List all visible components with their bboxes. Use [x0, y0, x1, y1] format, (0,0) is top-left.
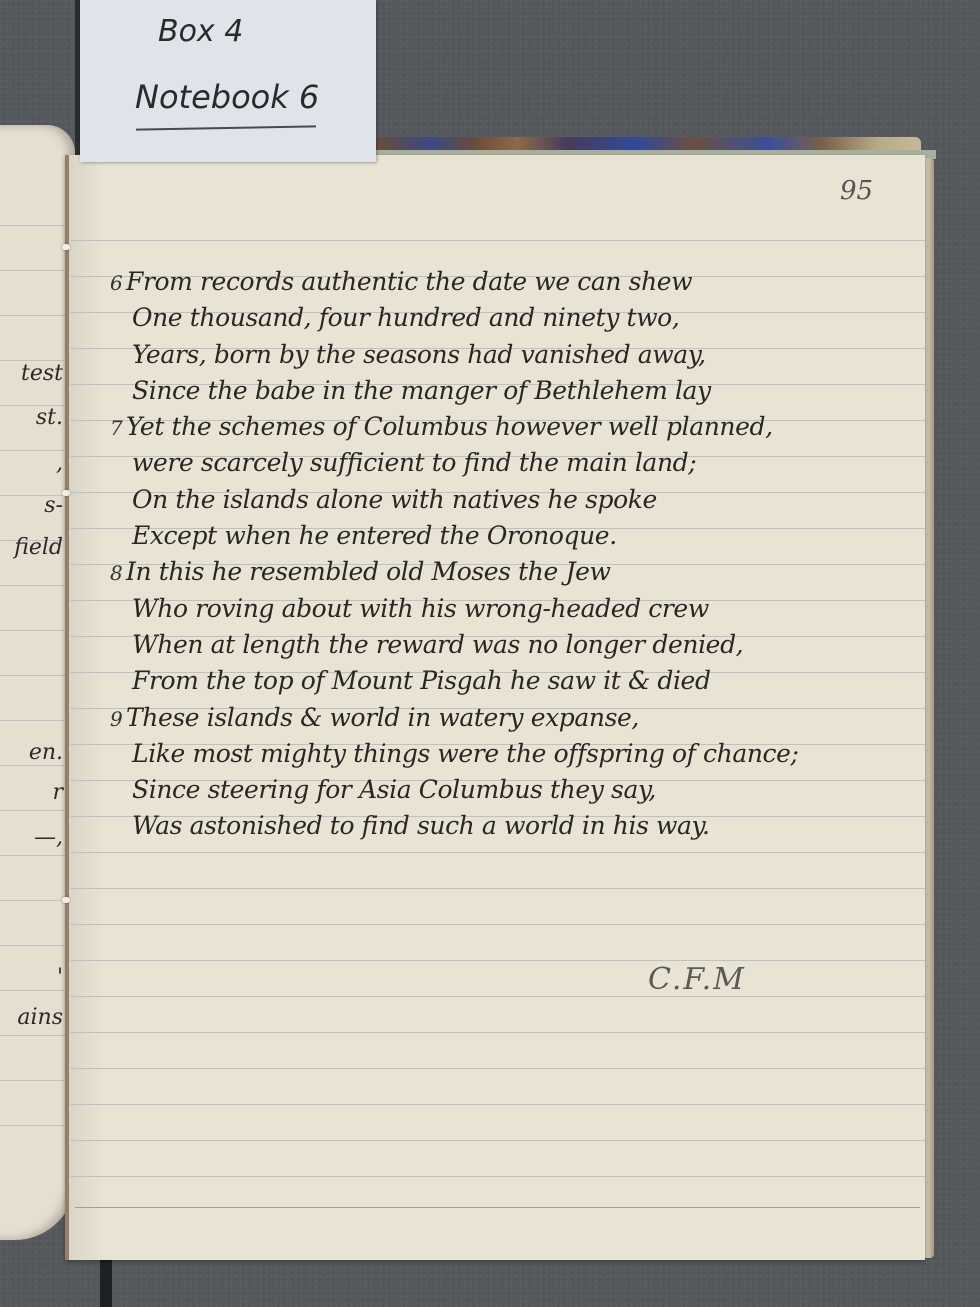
poem-line: Except when he entered the Oronoque.: [110, 518, 920, 554]
poem-line-text: Yet the schemes of Columbus however well…: [126, 412, 773, 441]
left-page-rule: [0, 990, 75, 991]
left-page-rule: [0, 1035, 75, 1036]
poem-line: 7Yet the schemes of Columbus however wel…: [110, 409, 920, 445]
left-page-rule: [0, 225, 75, 226]
poem-line: One thousand, four hundred and ninety tw…: [110, 300, 920, 336]
author-signature: C.F.M: [648, 962, 746, 997]
left-page-text: r: [52, 780, 63, 805]
poem-line-text: In this he resembled old Moses the Jew: [126, 557, 610, 586]
poem-line: 9These islands & world in watery expanse…: [110, 700, 920, 736]
spine-gutter: [65, 155, 69, 1260]
left-page-text: en.: [29, 740, 63, 765]
poem-line: Since the babe in the manger of Bethlehe…: [110, 373, 920, 409]
left-page-rule: [0, 630, 75, 631]
left-page-rule: [0, 855, 75, 856]
ruled-line: [70, 996, 925, 997]
poem-line: On the islands alone with natives he spo…: [110, 482, 920, 518]
left-page-rule: [0, 765, 75, 766]
stanza-number: 7: [110, 410, 126, 446]
poem-line-text: These islands & world in watery expanse,: [126, 703, 639, 732]
ruled-line: [70, 960, 925, 961]
poem-line: Like most mighty things were the offspri…: [110, 736, 920, 772]
left-page-text: ,: [56, 451, 63, 476]
binding-stitch: [62, 897, 70, 903]
left-page-text: ': [57, 965, 63, 990]
label-underline: [136, 125, 316, 130]
left-page-text: —,: [34, 825, 63, 850]
box-label: Box 4: [158, 14, 243, 49]
poem-line-text: From records authentic the date we can s…: [126, 267, 692, 296]
left-page-text: field: [14, 535, 63, 560]
left-page-rule: [0, 450, 75, 451]
ruled-line: [70, 852, 925, 853]
background-shadow-strip-bottom: [100, 1260, 112, 1307]
left-page-text: st.: [36, 405, 63, 430]
left-page-rule: [0, 1125, 75, 1126]
left-page-text: ains: [17, 1005, 63, 1030]
page-number: 95: [840, 176, 873, 206]
poem-line: 6From records authentic the date we can …: [110, 264, 920, 300]
left-page: test st. , s- field en. r —, ' ains: [0, 125, 75, 1240]
poem-line: From the top of Mount Pisgah he saw it &…: [110, 663, 920, 699]
left-page-text: test: [21, 361, 63, 386]
left-page-rule: [0, 585, 75, 586]
stanza-number: 9: [110, 701, 126, 737]
ruled-line: [70, 924, 925, 925]
ruled-line: [70, 1104, 925, 1105]
ruled-line: [70, 1140, 925, 1141]
stanza-number: 6: [110, 265, 126, 301]
poem-line: Since steering for Asia Columbus they sa…: [110, 772, 920, 808]
poem-line: were scarcely sufficient to find the mai…: [110, 445, 920, 481]
poem-line: 8In this he resembled old Moses the Jew: [110, 554, 920, 590]
left-page-rule: [0, 945, 75, 946]
left-page-rule: [0, 810, 75, 811]
notebook-label: Notebook 6: [135, 78, 319, 116]
archive-label-card: Box 4 Notebook 6: [80, 0, 376, 162]
ruled-line: [70, 1176, 925, 1177]
poem-line: Was astonished to find such a world in h…: [110, 808, 920, 844]
ruled-line: [70, 1068, 925, 1069]
left-page-rule: [0, 720, 75, 721]
left-page-rule: [0, 315, 75, 316]
left-page-rule: [0, 270, 75, 271]
ruled-line: [70, 240, 925, 241]
stanza-number: 8: [110, 555, 126, 591]
poem-line: When at length the reward was no longer …: [110, 627, 920, 663]
binding-stitch: [62, 490, 70, 496]
poem-body: 6From records authentic the date we can …: [110, 264, 920, 845]
ruled-line: [70, 1032, 925, 1033]
bottom-margin-line: [75, 1207, 920, 1208]
left-page-rule: [0, 675, 75, 676]
poem-line: Years, born by the seasons had vanished …: [110, 337, 920, 373]
poem-line: Who roving about with his wrong-headed c…: [110, 591, 920, 627]
binding-stitch: [62, 244, 70, 250]
left-page-text: s-: [44, 493, 63, 518]
ruled-line: [70, 888, 925, 889]
left-page-rule: [0, 1080, 75, 1081]
